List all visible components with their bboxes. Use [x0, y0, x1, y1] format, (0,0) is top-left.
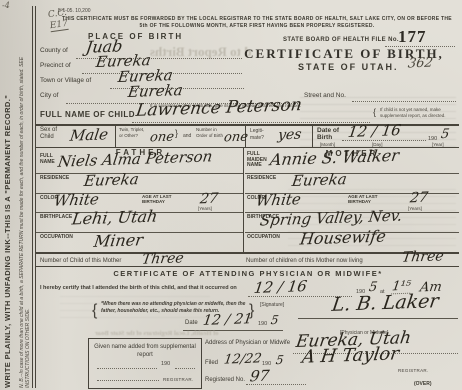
registrar-label: REGISTRAR. — [398, 368, 429, 373]
legitimate-label: Legiti- mate? — [250, 128, 274, 141]
father-occupation-label: OCCUPATION — [40, 235, 73, 241]
date-year: 5 — [270, 314, 279, 326]
mother-name-value: Annie S. Walker — [269, 148, 400, 169]
local-registrar-signature: A H Taylor — [301, 345, 400, 366]
mother-color-value: White — [255, 192, 302, 209]
precinct-label: Precinct of — [40, 62, 71, 69]
date-label: Date — [185, 320, 198, 327]
physician-signature: L. B. Laker — [331, 292, 440, 315]
date-value: 12 / 21 — [202, 312, 253, 328]
child-number-value: Three — [141, 251, 185, 267]
child-name-note: If child is not yet named, make suppleme… — [380, 107, 456, 118]
over-label: (OVER) — [414, 382, 432, 388]
form-left-border-inner — [35, 6, 36, 388]
street-label: Street and No. — [304, 92, 346, 99]
mother-occupation-label: OCCUPATION — [247, 235, 280, 241]
mother-occupation-value: Housewife — [299, 228, 387, 247]
registered-line — [246, 383, 306, 385]
filed-date-value: 12/22 — [223, 352, 262, 366]
supplemental-century: 190 — [161, 361, 170, 367]
mother-name-line — [245, 172, 459, 174]
signature-line — [298, 317, 458, 319]
legitimate-value: yes — [277, 128, 302, 143]
counts-top-rule — [36, 252, 459, 254]
supplemental-text: Given name added from supplemental repor… — [93, 343, 197, 359]
city-value: Eureka — [127, 83, 184, 100]
address-label: Address of Physician or Midwife — [205, 340, 290, 346]
date-century: 190 — [258, 321, 267, 327]
occurred-date-value: 12 / 16 — [253, 279, 308, 296]
parent-column-divider — [243, 147, 244, 252]
father-residence-label: RESIDENCE — [40, 176, 69, 182]
supplemental-box: Given name added from supplemental repor… — [88, 338, 202, 389]
supplemental-line — [97, 367, 157, 369]
mother-residence-label: RESIDENCE — [247, 176, 276, 182]
father-birthplace-label: BIRTHPLACE — [40, 215, 72, 221]
father-residence-value: Eureka — [83, 172, 140, 189]
living-number-value: Three — [401, 249, 445, 265]
dob-month-unit: [Month] — [320, 142, 335, 147]
file-number-label: STATE BOARD OF HEALTH FILE No. — [283, 37, 399, 44]
father-occupation-value: Miner — [93, 232, 144, 250]
city-label: City of — [40, 92, 58, 99]
father-age-value: 27 — [199, 192, 219, 207]
bleedthrough-text-bottom: of Health, Local Registrars of the State… — [95, 330, 218, 337]
mother-age-value: 27 — [409, 191, 429, 206]
plural-value: one — [149, 131, 175, 145]
order-label: Number in Order of Birth — [196, 127, 226, 139]
note-brace-left: { — [92, 302, 97, 320]
dob-year-unit: [Year] — [432, 142, 444, 147]
dob-value: 12 / 16 — [347, 123, 402, 140]
registered-label: Registered No. — [205, 377, 245, 383]
child-name-value: Lawrence Peterson — [135, 97, 303, 120]
child-name-label: FULL NAME OF CHILD — [40, 111, 135, 120]
cell-divider — [115, 124, 116, 147]
father-age-label: AGE AT LAST BIRTHDAY — [142, 195, 186, 205]
signature-label: [Signature] — [260, 302, 284, 308]
filed-label: Filed — [205, 360, 218, 366]
father-color-value: White — [53, 192, 100, 209]
and-label: and — [183, 133, 191, 139]
file-number-value: 177 — [398, 28, 427, 47]
order-value: one — [223, 131, 249, 145]
state-line: STATE OF UTAH. — [298, 63, 399, 73]
plural-brace: } — [175, 128, 178, 138]
child-number-label: Number of Child of this Mother — [40, 258, 121, 264]
supplemental-registrar-label: REGISTRAR. — [163, 377, 194, 382]
form-code: 5-1-05. 10,200 — [58, 8, 91, 14]
plural-label: Twin, Triplet, or Other? — [119, 127, 147, 139]
form-left-border — [32, 6, 33, 388]
cell-divider — [312, 124, 313, 147]
margin-warning-text: WRITE PLAINLY, WITH UNFADING INK--THIS I… — [4, 14, 12, 388]
sex-label: Sex of Child — [40, 127, 66, 140]
birth-certificate-scan: WRITE PLAINLY, WITH UNFADING INK--THIS I… — [0, 0, 462, 390]
living-number-label: Number of children of this Mother now li… — [246, 258, 363, 264]
mother-name-label: FULL MAIDEN NAME — [247, 152, 271, 169]
mother-residence-value: Eureka — [291, 172, 348, 189]
father-name-value: Niels Alma Peterson — [57, 149, 213, 169]
margin-nb-note: N. B.--In case of more than one child at… — [19, 20, 31, 388]
father-birthplace-value: Lehi, Utah — [71, 208, 159, 227]
sex-value: Male — [69, 127, 109, 143]
forwarding-notice: THIS CERTIFICATE MUST BE FORWARDED BY TH… — [58, 16, 456, 29]
town-label: Town or Village of — [40, 77, 91, 84]
penciled-file-number: 362 — [407, 57, 434, 71]
child-name-note-brace: { — [373, 107, 376, 117]
supplemental-line3 — [97, 379, 159, 381]
county-label: County of — [40, 47, 68, 54]
attending-title: CERTIFICATE OF ATTENDING PHYSICIAN OR MI… — [38, 270, 458, 278]
filed-year: 5 — [275, 354, 284, 366]
street-line — [352, 100, 456, 102]
pencil-mark: -4 — [2, 1, 10, 10]
supplemental-line2 — [175, 367, 195, 369]
registered-number-value: 97 — [249, 369, 270, 385]
certify-text: I hereby certify that I attended the bir… — [40, 285, 237, 291]
child-name-line — [132, 121, 370, 123]
mother-age-label: AGE AT LAST BIRTHDAY — [348, 195, 392, 205]
counts-bottom-rule — [36, 266, 459, 267]
